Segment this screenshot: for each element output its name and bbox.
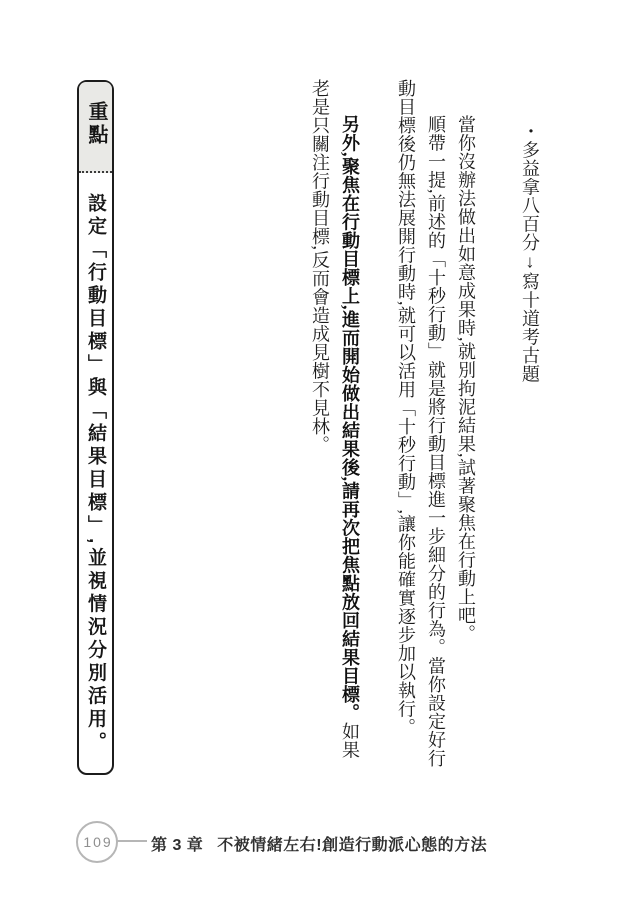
- page-number-badge: 109: [76, 821, 118, 863]
- paragraph-3-bold-text: 另外,聚焦在行動目標上,進而開始做出結果後,請再次把焦點放回結果目標。: [340, 115, 360, 722]
- key-point-text: 設定「行動目標」與「結果目標」,並視情況分別活用。: [79, 173, 112, 771]
- key-point-box: 重點 設定「行動目標」與「結果目標」,並視情況分別活用。: [77, 80, 114, 775]
- list-item-text-before-arrow: ・多益拿八百分: [520, 122, 540, 252]
- paragraph-3: 另外,聚焦在行動目標上,進而開始做出結果後,請再次把焦點放回結果目標。如果老是只…: [305, 79, 365, 769]
- example-list-item: ・多益拿八百分↓寫十道考古題: [515, 79, 545, 769]
- chapter-heading: 第 3 章不被情緒左右!創造行動派心態的方法: [151, 832, 487, 855]
- down-arrow-icon: ↓: [520, 252, 540, 273]
- key-point-label: 重點: [79, 82, 112, 173]
- page-footer: 109 第 3 章不被情緒左右!創造行動派心態的方法: [0, 818, 634, 868]
- body-text-block: ・多益拿八百分↓寫十道考古題 當你沒辦法做出如意成果時,就別拘泥結果,試著聚焦在…: [255, 79, 545, 769]
- chapter-title: 不被情緒左右!創造行動派心態的方法: [217, 837, 487, 854]
- list-item-text-after-arrow: 寫十道考古題: [520, 272, 540, 383]
- chapter-number: 第 3 章: [151, 837, 203, 854]
- paragraph-2: 順帶一提,前述的「十秒行動」就是將行動目標進一步細分的行為。當你設定好行動目標後…: [391, 79, 451, 769]
- book-page: ・多益拿八百分↓寫十道考古題 當你沒辦法做出如意成果時,就別拘泥結果,試著聚焦在…: [0, 0, 634, 900]
- paragraph-1: 當你沒辦法做出如意成果時,就別拘泥結果,試著聚焦在行動上吧。: [451, 79, 481, 769]
